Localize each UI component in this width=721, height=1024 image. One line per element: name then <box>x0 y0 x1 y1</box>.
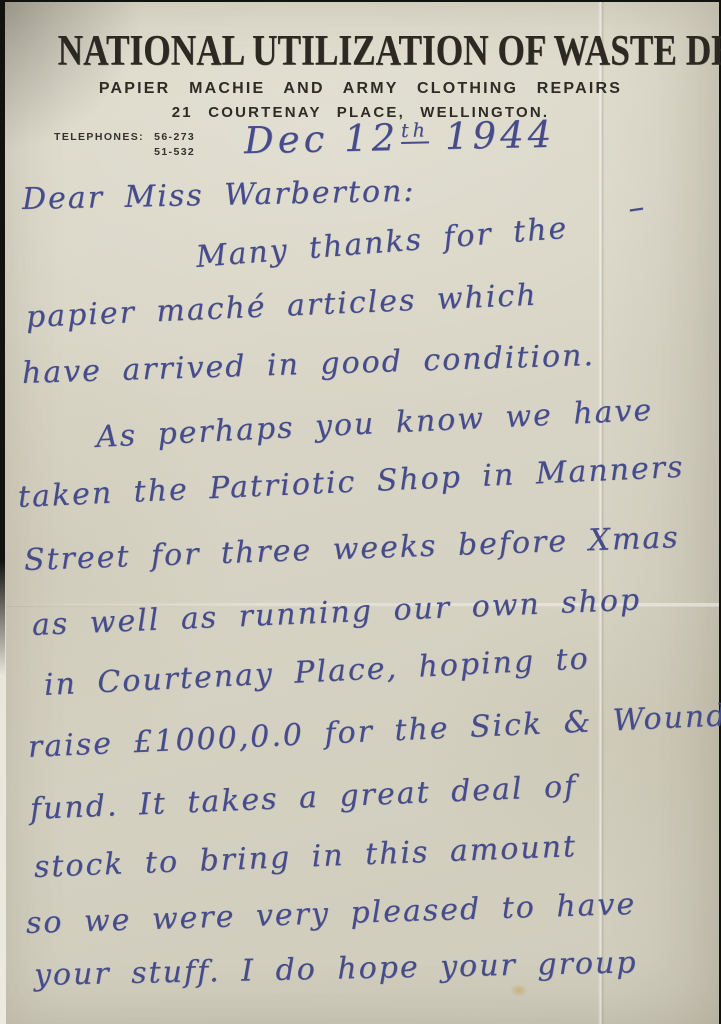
paper-stain <box>510 984 528 997</box>
date-suffix: th <box>401 119 429 144</box>
scanned-letter: NATIONAL UTILIZATION OF WASTE DEPOT PAPI… <box>0 0 721 1024</box>
date-year: 1944 <box>445 113 556 158</box>
business-line: PAPIER MACHIE AND ARMY CLOTHING REPAIRS <box>0 80 721 98</box>
telephones-block: TELEPHONES:56-273 51-532 <box>54 130 195 160</box>
vertical-fold-crease <box>598 2 604 1024</box>
right-edge-shade <box>609 2 719 1024</box>
date-main: Dec 12 <box>244 116 400 162</box>
telephones-label: TELEPHONES: <box>54 131 144 143</box>
telephone-number-1: 56-273 <box>154 131 195 143</box>
org-name: NATIONAL UTILIZATION OF WASTE DEPOT <box>58 26 664 76</box>
telephone-number-2: 51-532 <box>154 146 195 158</box>
handwritten-date: Dec 12th1944 <box>244 113 556 163</box>
left-paper-edge <box>0 560 6 1024</box>
